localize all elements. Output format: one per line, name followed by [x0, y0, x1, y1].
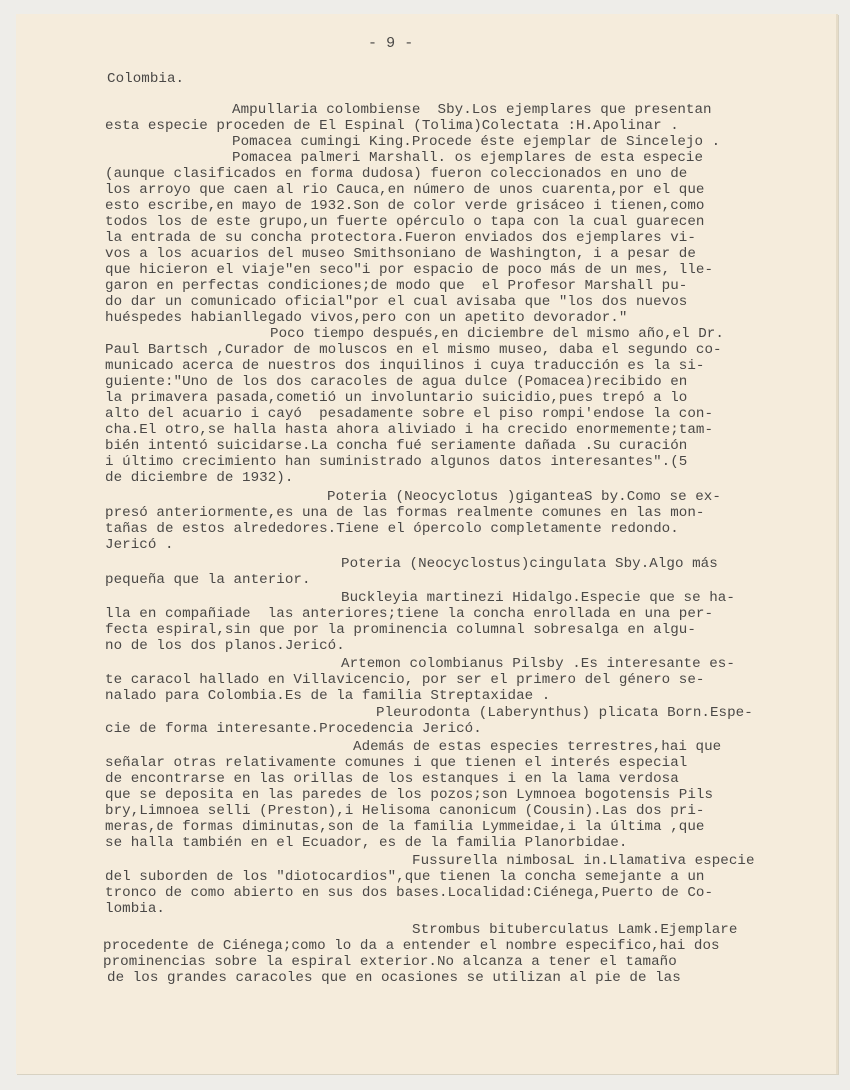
text-line: de diciembre de 1932). — [105, 470, 293, 486]
text-line: te caracol hallado en Villavicencio, por… — [105, 672, 704, 688]
document-page: - 9 - Colombia. Ampullaria colombiense S… — [16, 14, 838, 1074]
text-line: tañas de estos alrededores.Tiene el óper… — [105, 521, 679, 537]
text-line: la entrada de su concha protectora.Fuero… — [105, 230, 696, 246]
text-line: lla en compañiade las anteriores;tiene l… — [105, 606, 713, 622]
text-line: los arroyo que caen al rio Cauca,en núme… — [105, 182, 704, 198]
text-line: Pleurodonta (Laberynthus) plicata Born.E… — [376, 705, 753, 721]
page-number: - 9 - — [368, 36, 413, 52]
text-line: se halla también en el Ecuador, es de la… — [105, 835, 627, 851]
text-line: Además de estas especies terrestres,hai … — [353, 739, 721, 755]
text-line: Artemon colombianus Pilsby .Es interesan… — [341, 656, 735, 672]
text-line: cie de forma interesante.Procedencia Jer… — [105, 721, 482, 737]
text-line: lombia. — [105, 901, 165, 917]
text-line: presó anteriormente,es una de las formas… — [105, 505, 704, 521]
text-line: del suborden de los "diotocardios",que t… — [105, 869, 704, 885]
text-line: señalar otras relativamente comunes i qu… — [105, 755, 687, 771]
text-line: prominencias sobre la espiral exterior.N… — [103, 954, 677, 970]
text-line: que se deposita en las paredes de los po… — [105, 787, 713, 803]
text-line: fecta espiral,sin que por la prominencia… — [105, 622, 696, 638]
text-line: Buckleyia martinezi Hidalgo.Especie que … — [341, 590, 735, 606]
text-line: Strombus bituberculatus Lamk.Ejemplare — [412, 922, 737, 938]
text-line: Poteria (Neocyclotus )giganteaS by.Como … — [327, 489, 721, 505]
text-line: procedente de Ciénega;como lo da a enten… — [103, 938, 720, 954]
text-line: garon en perfectas condiciones;de modo q… — [105, 278, 687, 294]
text-line: meras,de formas diminutas,son de la fami… — [105, 819, 704, 835]
section-heading: Colombia. — [107, 71, 184, 87]
text-line: bry,Limnoea selli (Preston),i Helisoma c… — [105, 803, 704, 819]
text-line: bién intentó suicidarse.La concha fué se… — [105, 438, 687, 454]
text-line: Poteria (Neocyclostus)cingulata Sby.Algo… — [341, 556, 718, 572]
text-line: esta especie proceden de El Espinal (Tol… — [105, 118, 679, 134]
text-line: huéspedes habianllegado vivos,pero con u… — [105, 310, 627, 326]
text-line: i último crecimiento han suministrado al… — [105, 454, 687, 470]
text-line: Ampullaria colombiense Sby.Los ejemplare… — [232, 102, 712, 118]
text-line: alto del acuario i cayó pesadamente sobr… — [105, 406, 713, 422]
text-line: do dar un comunicado oficial"por el cual… — [105, 294, 687, 310]
text-line: tronco de como abierto en sus dos bases.… — [105, 885, 713, 901]
text-line: cha.El otro,se halla hasta ahora aliviad… — [105, 422, 713, 438]
text-line: (aunque clasificados en forma dudosa) fu… — [105, 166, 687, 182]
text-line: vos a los acuarios del museo Smithsonian… — [105, 246, 696, 262]
text-line: Poco tiempo después,en diciembre del mis… — [270, 326, 724, 342]
text-line: Pomacea cumingi King.Procede éste ejempl… — [232, 134, 720, 150]
text-line: no de los dos planos.Jericó. — [105, 638, 345, 654]
text-line: Paul Bartsch ,Curador de moluscos en el … — [105, 342, 722, 358]
text-line: de encontrarse en las orillas de los est… — [105, 771, 679, 787]
text-line: pequeña que la anterior. — [105, 572, 311, 588]
text-line: esto escribe,en mayo de 1932.Son de colo… — [105, 198, 704, 214]
text-line: que hicieron el viaje"en seco"i por espa… — [105, 262, 713, 278]
text-line: Fussurella nimbosaL in.Llamativa especie — [412, 853, 755, 869]
text-line: de los grandes caracoles que en ocasione… — [107, 970, 681, 986]
text-line: guiente:"Uno de los dos caracoles de agu… — [105, 374, 687, 390]
text-line: la primavera pasada,cometió un involunta… — [105, 390, 687, 406]
text-line: Jericó . — [105, 537, 174, 553]
text-line: municado acerca de nuestros dos inquilin… — [105, 358, 704, 374]
text-line: nalado para Colombia.Es de la familia St… — [105, 688, 550, 704]
text-line: Pomacea palmeri Marshall. os ejemplares … — [232, 150, 703, 166]
text-line: todos los de este grupo,un fuerte opércu… — [105, 214, 704, 230]
